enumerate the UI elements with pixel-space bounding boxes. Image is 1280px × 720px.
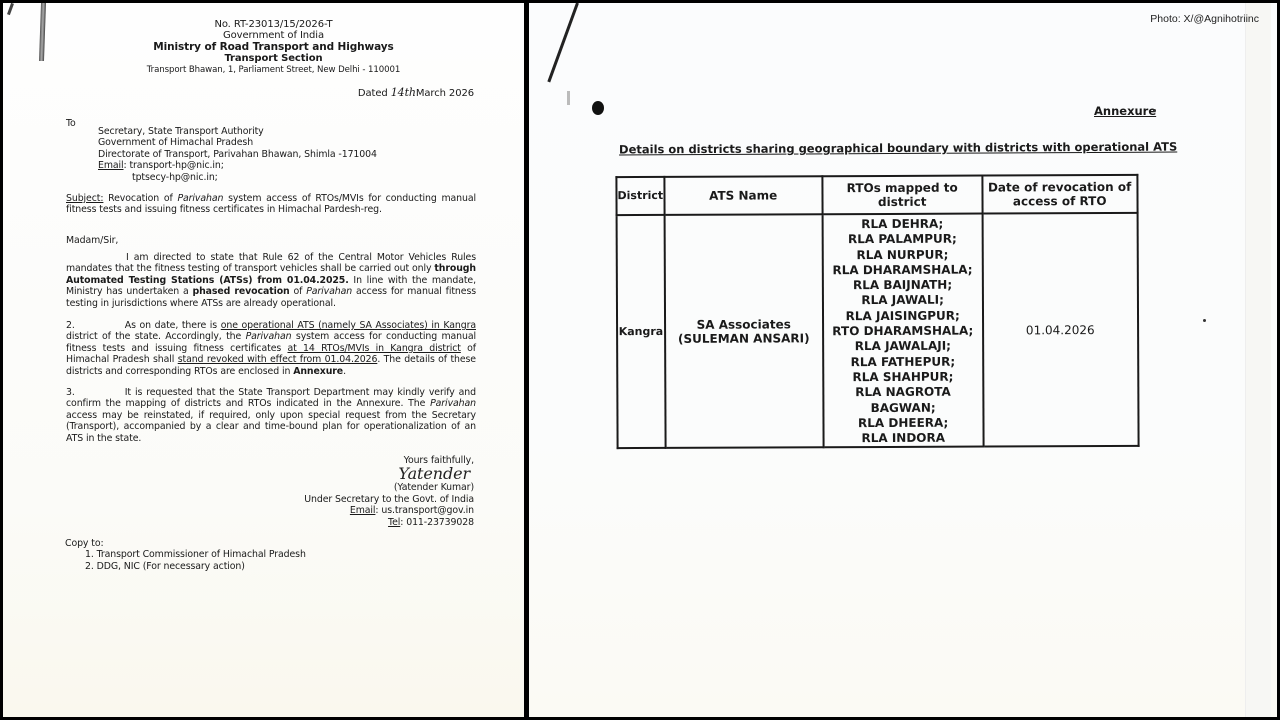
recipient-line: Government of Himachal Pradesh (98, 137, 377, 148)
rto-item: RLA DHEERA; (824, 415, 982, 431)
revocation-date: 01.04.2026 (1026, 323, 1095, 337)
column-header-rtos: RTOs mapped to district (822, 176, 982, 215)
paragraph-text: It is requested that the State Transport… (66, 387, 476, 409)
rto-list-cell: RLA DEHRA;RLA PALAMPUR;RLA NURPUR;RLA DH… (822, 214, 983, 448)
email-value: transport-hp@nic.in; (129, 160, 223, 171)
column-header-revocation-date: Date of revocation of access of RTO (982, 175, 1137, 214)
paragraph-text: Parivahan (306, 286, 352, 297)
district-cell: Kangra (617, 215, 666, 449)
to-label: To (66, 118, 76, 129)
punch-hole-icon (592, 101, 604, 115)
copy-to-item: 1. Transport Commissioner of Himachal Pr… (65, 549, 306, 560)
revocation-date-cell: 01.04.2026 (982, 213, 1138, 447)
rto-item: RLA FATHEPUR; (824, 354, 982, 370)
stray-mark (1203, 319, 1206, 322)
copy-to-label: Copy to: (65, 538, 306, 549)
ats-name: SA Associates (SULEMAN ANSARI) (678, 317, 810, 345)
annexure-title: Details on districts sharing geographica… (619, 140, 1177, 157)
signatory-tel: Tel: 011-23739028 (304, 517, 474, 528)
column-header-district: District (616, 177, 664, 215)
table-header-row: District ATS Name RTOs mapped to distric… (616, 175, 1137, 215)
ministry-name: Ministry of Road Transport and Highways (23, 42, 524, 53)
subject-text: Parivahan (177, 193, 223, 204)
signatory-title: Under Secretary to the Govt. of India (304, 494, 474, 505)
handwritten-signature: Yatender (304, 466, 474, 482)
annexure-label: Annexure (1094, 104, 1156, 118)
dated-handwritten-day: 14th (391, 86, 416, 99)
paragraph-text: . (343, 366, 346, 377)
dated-suffix: March 2026 (416, 88, 474, 99)
binder-clip-mark (547, 3, 579, 82)
section-name: Transport Section (23, 53, 524, 64)
email-label: Email (350, 505, 376, 516)
email-label: Email (98, 160, 124, 171)
paragraph-3: 3.It is requested that the State Transpo… (66, 387, 476, 444)
paragraph-text: Parivahan (430, 398, 476, 409)
recipient-line: Directorate of Transport, Parivahan Bhaw… (98, 149, 377, 160)
salutation: Madam/Sir, (66, 235, 476, 246)
rto-item: RLA DEHRA; (823, 217, 981, 233)
rto-item: RLA JAWALAJI; (824, 339, 982, 355)
paragraph-text: stand revoked with effect from 01.04.202… (178, 354, 378, 365)
annexure-page: Annexure Details on districts sharing ge… (529, 3, 1277, 717)
paragraph-text: phased revocation (192, 286, 289, 297)
rto-item: RLA DHARAMSHALA; (823, 262, 981, 278)
rto-item: RLA NURPUR; (823, 247, 981, 263)
rto-item: RLA BAIJNATH; (824, 278, 982, 294)
signatory-name: (Yatender Kumar) (304, 482, 474, 493)
recipient-line: Secretary, State Transport Authority (98, 126, 377, 137)
letter-date: Dated 14thMarch 2026 (358, 87, 474, 99)
paragraph-1: I am directed to state that Rule 62 of t… (66, 252, 476, 309)
binder-clip-mark (7, 3, 14, 15)
paragraph-text: at 14 RTOs/MVIs in Kangra district (287, 343, 460, 354)
letter-page: No. RT-23013/15/2026-T Government of Ind… (3, 3, 524, 717)
rto-item: RTO DHARAMSHALA; (824, 324, 982, 340)
signature-block: Yours faithfully, Yatender (Yatender Kum… (304, 455, 474, 528)
tel-value: : 011-23739028 (400, 517, 474, 528)
photo-credit: Photo: X/@Agnihotriinc (1150, 13, 1259, 25)
copy-to: Copy to: 1. Transport Commissioner of Hi… (65, 538, 306, 572)
binder-clip-mark (567, 91, 570, 105)
letterhead: No. RT-23013/15/2026-T Government of Ind… (3, 19, 524, 76)
paragraph-text: I am directed to state that Rule 62 of t… (66, 252, 476, 274)
rto-item: RLA JAISINGPUR; (824, 308, 982, 324)
paragraph-text: district of the state. Accordingly, the (66, 331, 241, 342)
subject-label: Subject: (66, 193, 103, 204)
paragraph-number: 2. (66, 320, 75, 331)
reference-number: No. RT-23013/15/2026-T (23, 19, 524, 30)
paragraph-number: 3. (66, 387, 75, 398)
ministry-address: Transport Bhawan, 1, Parliament Street, … (23, 65, 524, 76)
rto-item: RLA JAWALI; (824, 293, 982, 309)
ats-name-cell: SA Associates (SULEMAN ANSARI) (664, 214, 823, 448)
email-value: : us.transport@gov.in (375, 505, 474, 516)
paragraph-text: of (293, 286, 302, 297)
stray-mark (1153, 109, 1156, 112)
tel-label: Tel (388, 517, 400, 528)
recipient-email: Email: transport-hp@nic.in; (98, 160, 377, 171)
signatory-email: Email: us.transport@gov.in (304, 505, 474, 516)
paragraph-2: 2.As on date, there is one operational A… (66, 320, 476, 377)
subject: Subject: Revocation of Parivahan system … (66, 193, 476, 216)
copy-to-item: 2. DDG, NIC (For necessary action) (65, 561, 306, 572)
rto-item: RLA NAGROTA BAGWAN; (824, 385, 982, 416)
column-header-ats-name: ATS Name (664, 176, 822, 215)
paragraph-text: As on date, there is (125, 320, 217, 331)
recipient-email-2: tptsecy-hp@nic.in; (98, 172, 377, 183)
annexure-table: District ATS Name RTOs mapped to distric… (615, 174, 1139, 450)
recipient-address: Secretary, State Transport Authority Gov… (98, 126, 377, 183)
paragraph-text: one operational ATS (namely SA Associate… (221, 320, 476, 331)
rto-item: RLA INDORA (824, 431, 982, 447)
rto-item: RLA SHAHPUR; (824, 370, 982, 386)
table-row: Kangra SA Associates (SULEMAN ANSARI) RL… (617, 213, 1139, 449)
subject-text: Revocation of (108, 193, 173, 204)
page-edge (1245, 3, 1271, 717)
paragraph-text: Parivahan (246, 331, 292, 342)
rto-item: RLA PALAMPUR; (823, 232, 981, 248)
dated-prefix: Dated (358, 88, 388, 99)
paragraph-text: access may be reinstated, if required, o… (66, 410, 476, 444)
paragraph-text: Annexure (293, 366, 343, 377)
